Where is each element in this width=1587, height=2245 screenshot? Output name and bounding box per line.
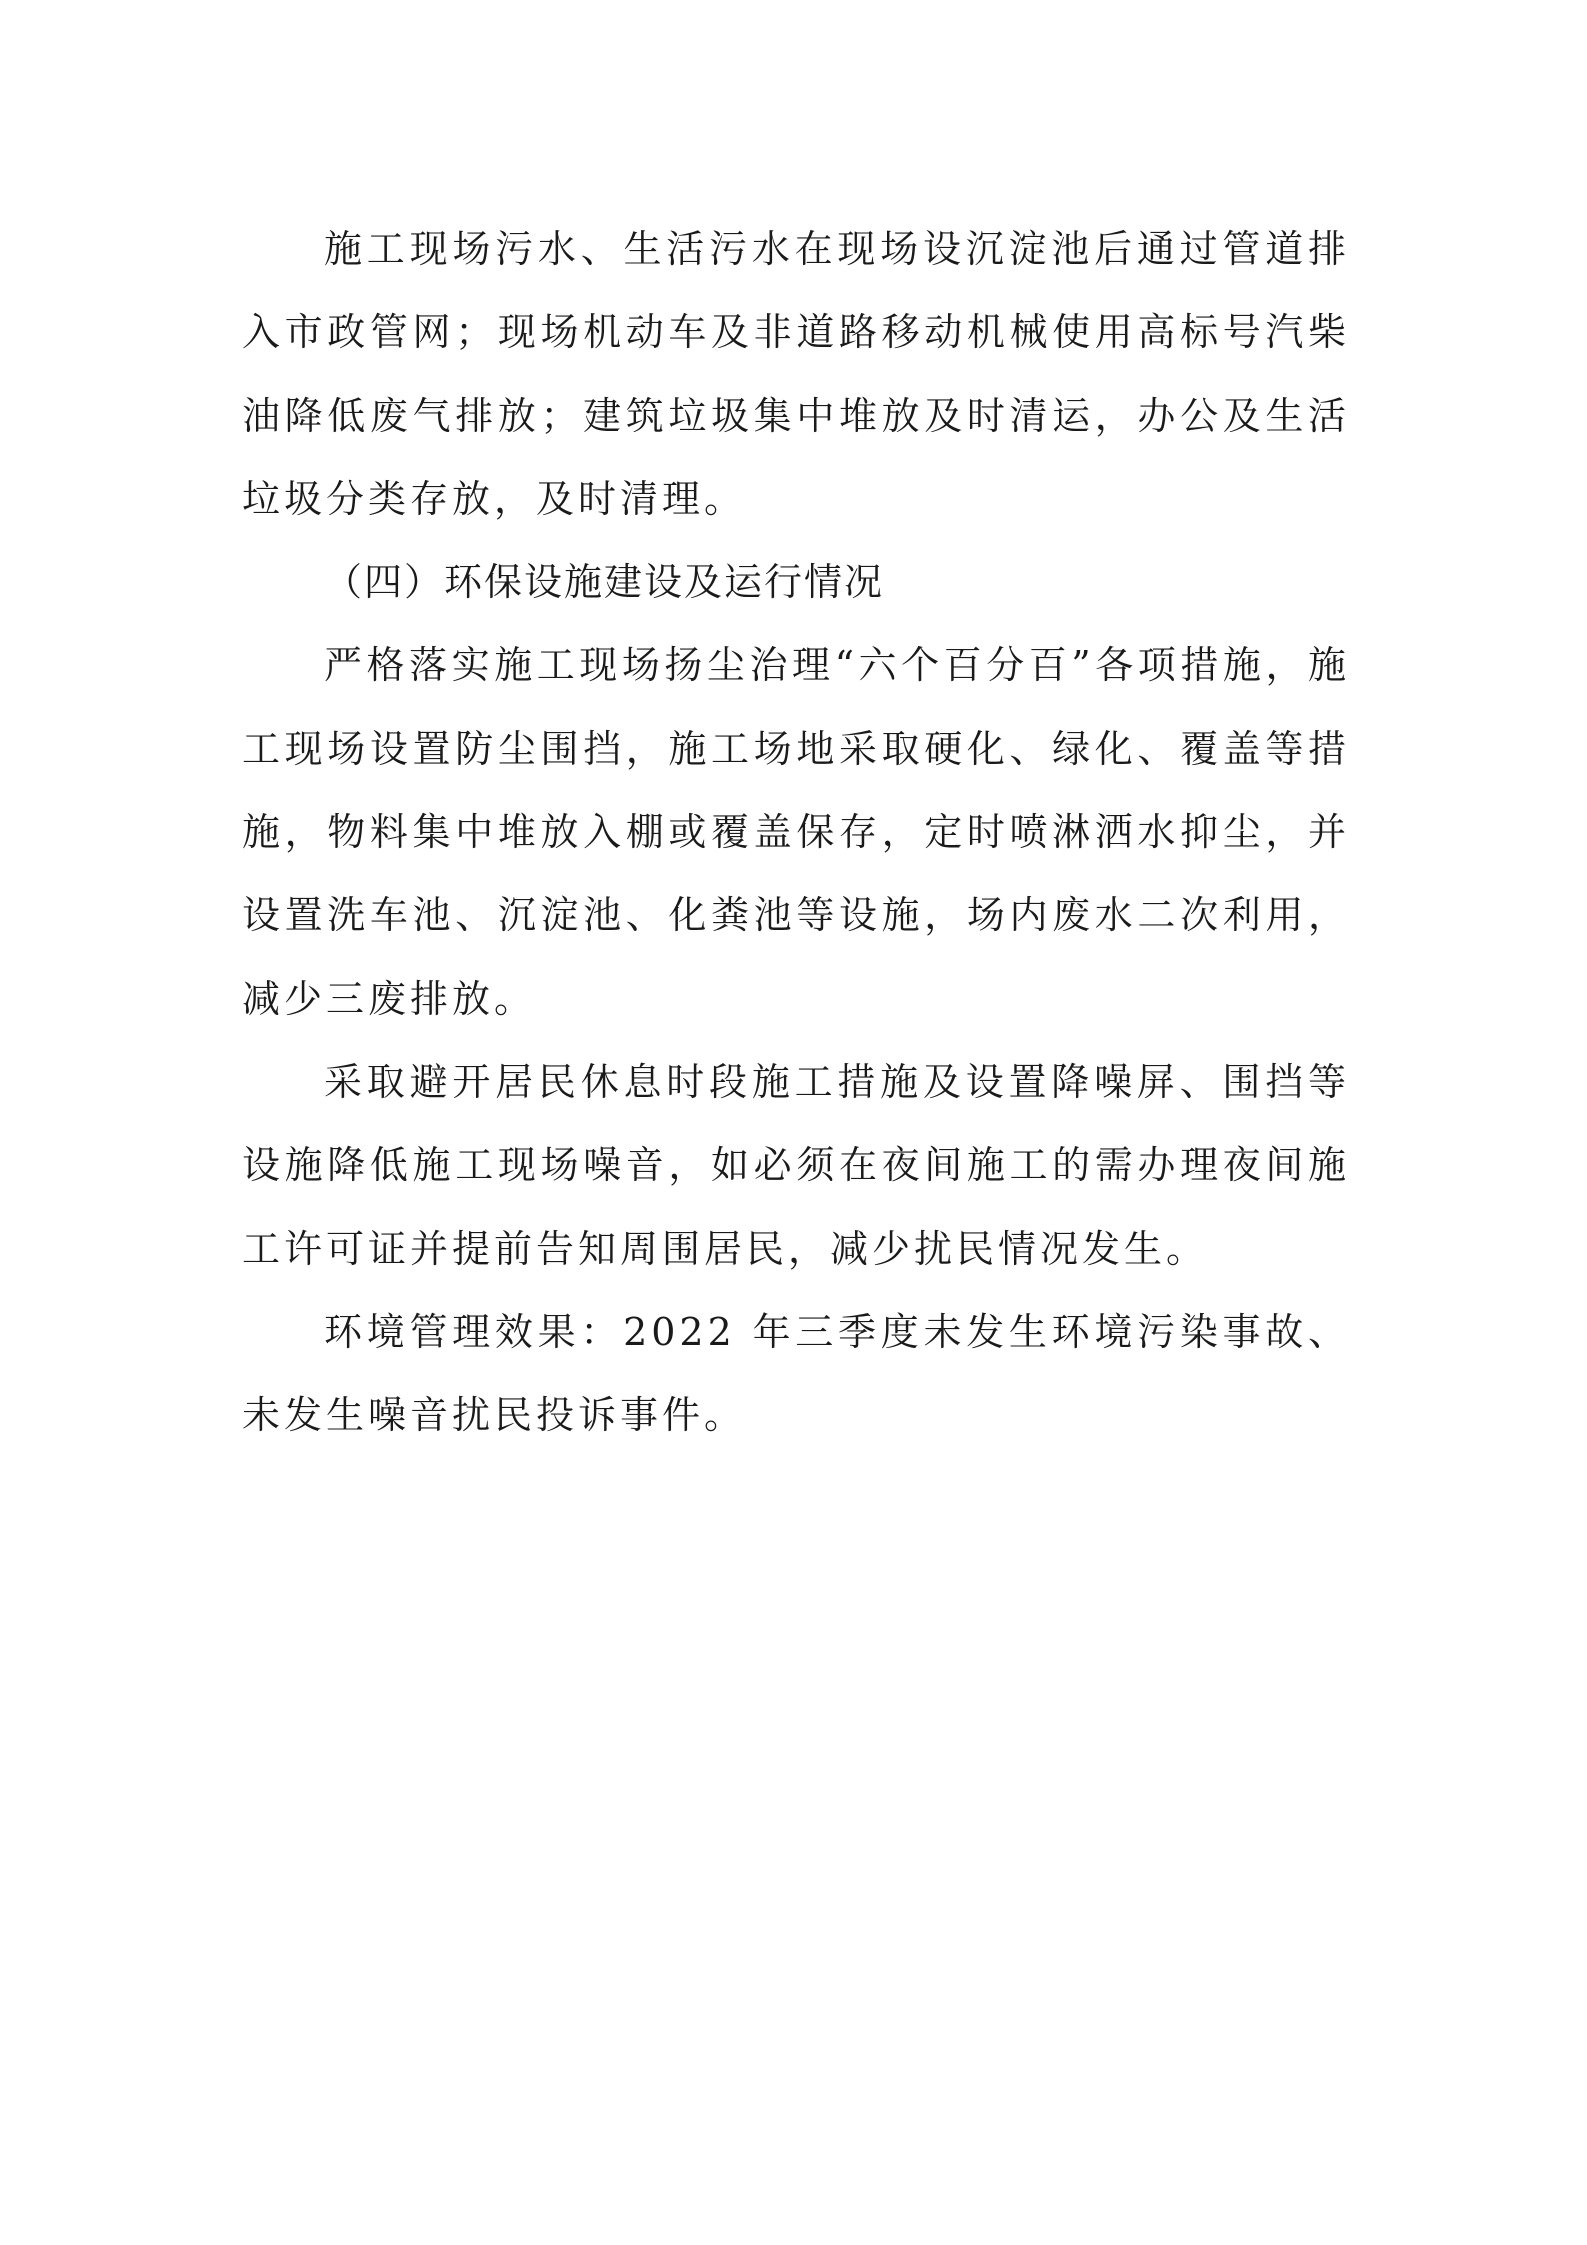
paragraph-dust-control: 严格落实施工现场扬尘治理“六个百分百”各项措施，施工现场设置防尘围挡，施工场地采… [242,624,1350,1040]
document-page: 施工现场污水、生活污水在现场设沉淀池后通过管道排入市政管网；现场机动车及非道路移… [242,208,1350,1457]
section-heading-environmental-facilities: （四）环保设施建设及运行情况 [242,541,1350,624]
paragraph-wastewater: 施工现场污水、生活污水在现场设沉淀池后通过管道排入市政管网；现场机动车及非道路移… [242,208,1350,541]
paragraph-management-result: 环境管理效果：2022 年三季度未发生环境污染事故、未发生噪音扰民投诉事件。 [242,1291,1350,1458]
paragraph-noise-control: 采取避开居民休息时段施工措施及设置降噪屏、围挡等设施降低施工现场噪音，如必须在夜… [242,1041,1350,1291]
